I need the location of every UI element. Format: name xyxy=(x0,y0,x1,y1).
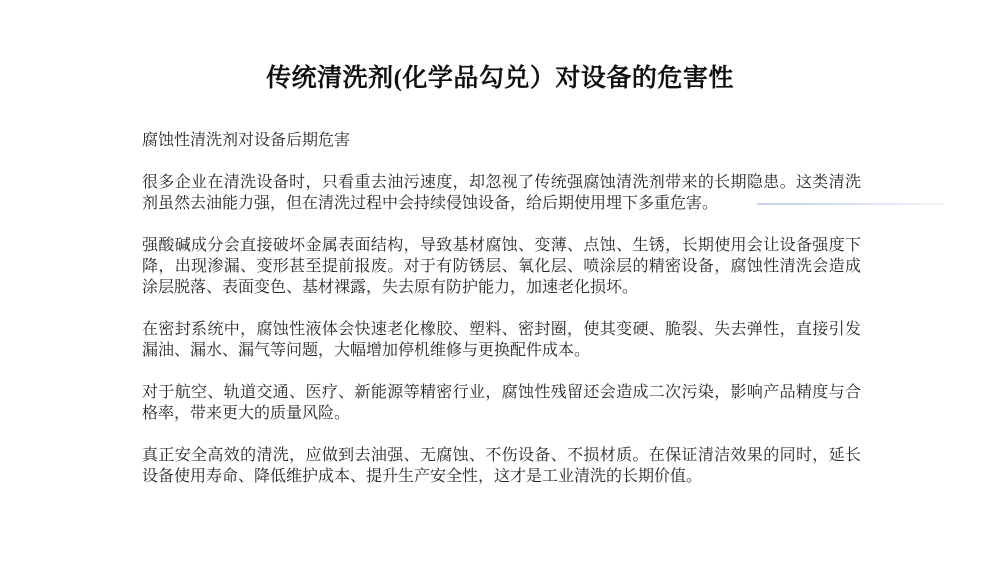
body-text-block: 腐蚀性清洗剂对设备后期危害 很多企业在清洗设备时，只看重去油污速度，却忽视了传统… xyxy=(142,130,861,508)
paragraph-5: 真正安全高效的清洗，应做到去油强、无腐蚀、不伤设备、不损材质。在保证清洁效果的同… xyxy=(142,445,861,487)
document-page: 传统清洗剂(化学品勾兑）对设备的危害性 腐蚀性清洗剂对设备后期危害 很多企业在清… xyxy=(0,0,1000,562)
paragraph-3: 在密封系统中，腐蚀性液体会快速老化橡胶、塑料、密封圈，使其变硬、脆裂、失去弹性，… xyxy=(142,319,861,361)
paragraph-1: 很多企业在清洗设备时，只看重去油污速度，却忽视了传统强腐蚀清洗剂带来的长期隐患。… xyxy=(142,172,861,214)
faint-divider-line xyxy=(757,203,944,205)
paragraph-2: 强酸碱成分会直接破坏金属表面结构，导致基材腐蚀、变薄、点蚀、生锈，长期使用会让设… xyxy=(142,235,861,298)
page-title: 传统清洗剂(化学品勾兑）对设备的危害性 xyxy=(0,58,1000,94)
section-heading: 腐蚀性清洗剂对设备后期危害 xyxy=(142,130,861,151)
paragraph-4: 对于航空、轨道交通、医疗、新能源等精密行业，腐蚀性残留还会造成二次污染，影响产品… xyxy=(142,382,861,424)
